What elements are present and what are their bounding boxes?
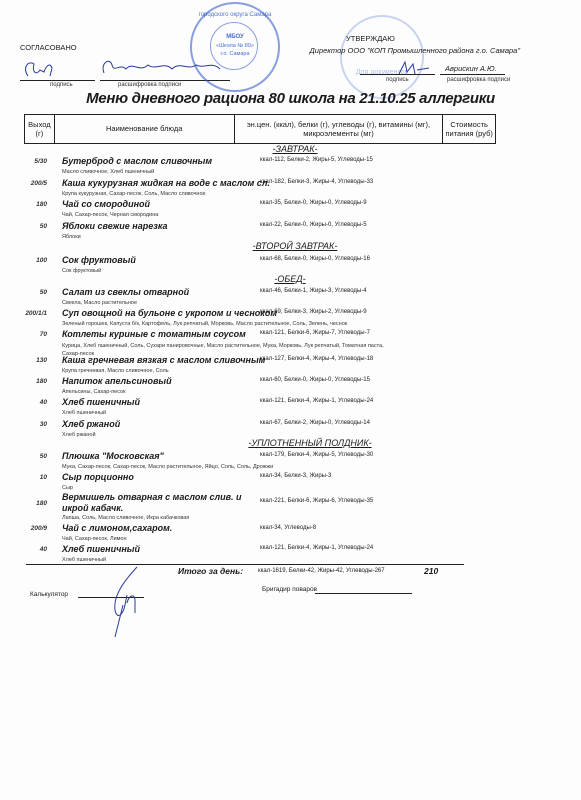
item-name: Чай с лимоном,сахаром. — [62, 523, 172, 533]
table-header: Выход (г) Наименование блюда эн.цен. (кк… — [24, 114, 496, 144]
item-yield: 50 — [0, 223, 47, 230]
item-yield: 10 — [0, 474, 47, 481]
item-nutrition: ккал-121, Белки-6, Жиры-7, Углеводы-7 — [260, 330, 370, 336]
item-nutrition: ккал-46, Белки-1, Жиры-3, Углеводы-4 — [260, 288, 367, 294]
totals-cost: 210 — [424, 566, 438, 576]
item-name: Суп овощной на бульоне с укропом и чесно… — [62, 308, 277, 318]
approved-label: УТВЕРЖДАЮ — [346, 34, 395, 43]
approved-signature-line — [360, 74, 435, 75]
item-yield: 40 — [0, 399, 47, 406]
col-nutrition: эн.цен. (ккал), белки (г), углеводы (г),… — [235, 115, 444, 143]
item-name: Бутерброд с маслом сливочным — [62, 156, 212, 166]
calculator-signature — [105, 565, 145, 640]
item-name: Сыр порционно — [62, 472, 134, 482]
approved-position: Директор ООО "КОП Промышленного района г… — [260, 46, 520, 55]
calculator-label: Калькулятор — [30, 591, 68, 598]
item-nutrition: ккал-35, Белки-0, Жиры-0, Углеводы-9 — [260, 200, 367, 206]
item-yield: 200/5 — [0, 180, 47, 187]
item-yield: 50 — [0, 289, 47, 296]
chef-label: Бригадир поваров — [262, 586, 317, 593]
item-yield: 40 — [0, 546, 47, 553]
item-nutrition: ккал-121, Белки-4, Жиры-1, Углеводы-24 — [260, 398, 373, 404]
item-name: Чай со смородиной — [62, 199, 150, 209]
item-nutrition: ккал-182, Белки-3, Жиры-4, Углеводы-33 — [260, 179, 373, 185]
totals-divider — [26, 564, 464, 565]
item-nutrition: ккал-67, Белки-2, Жиры-0, Углеводы-14 — [260, 420, 370, 426]
item-name: Каша кукурузная жидкая на воде с маслом … — [62, 178, 270, 188]
agreed-signature-caption: подпись — [50, 82, 73, 88]
col-name: Наименование блюда — [55, 115, 235, 143]
approved-decode-caption: расшифровка подписи — [447, 77, 510, 83]
item-name: Яблоки свежие нарезка — [62, 221, 168, 231]
item-nutrition: ккал-69, Белки-3, Жиры-2, Углеводы-9 — [260, 309, 367, 315]
item-yield: 200/1/1 — [0, 310, 47, 317]
item-yield: 180 — [0, 500, 47, 507]
col-yield: Выход (г) — [25, 115, 55, 143]
item-ingredients: Апельсины, Сахар-песок — [62, 389, 126, 395]
section-title-breakfast: -ЗАВТРАК- — [240, 144, 350, 154]
item-yield: 180 — [0, 378, 47, 385]
item-yield: 30 — [0, 421, 47, 428]
section-title-afternoon-snack: -УПЛОТНЕННЫЙ ПОЛДНИК- — [210, 438, 410, 448]
item-ingredients: Хлеб пшеничный — [62, 557, 106, 563]
item-ingredients: Чай, Сахар-песок, Черная смородина — [62, 212, 158, 218]
totals-label: Итого за день: — [178, 566, 243, 576]
item-name: Хлеб пшеничный — [62, 397, 140, 407]
item-nutrition: ккал-34, Белки-3, Жиры-3 — [260, 473, 331, 479]
item-ingredients: Чай, Сахар-песок, Лимон — [62, 536, 127, 542]
item-yield: 180 — [0, 201, 47, 208]
item-ingredients: Крупа гречневая, Масло сливочное, Соль — [62, 368, 169, 374]
col-cost: Стоимость питания (руб) — [443, 115, 495, 143]
item-name: Напиток апельсиновый — [62, 376, 172, 386]
approved-decode-line — [440, 74, 505, 75]
item-yield: 100 — [0, 257, 47, 264]
item-ingredients: Яблоки — [62, 234, 81, 240]
item-nutrition: ккал-221, Белки-6, Жиры-6, Углеводы-35 — [260, 498, 373, 504]
item-nutrition: ккал-22, Белки-0, Жиры-0, Углеводы-5 — [260, 222, 367, 228]
approved-decode-value: Аврискин А.Ю. — [445, 64, 497, 73]
item-ingredients: Мука, Сахар-песок, Сахар-песок, Масло ра… — [62, 464, 273, 470]
item-name: Салат из свеклы отварной — [62, 287, 189, 297]
item-nutrition: ккал-34, Углеводы-8 — [260, 525, 316, 531]
section-title-second-breakfast: -ВТОРОЙ ЗАВТРАК- — [220, 241, 370, 251]
agreed-signature-1 — [20, 58, 80, 80]
item-ingredients: Крупа кукурузная, Сахар-песок, Соль, Мас… — [62, 191, 206, 197]
item-name: Хлеб пшеничный — [62, 544, 140, 554]
item-name: Хлеб ржаной — [62, 419, 120, 429]
item-name: Сок фруктовый — [62, 255, 136, 265]
totals-nutrition: ккал-1619, Белки-42, Жиры-42, Углеводы-2… — [258, 568, 385, 574]
item-ingredients: Зеленый горошек, Капуста б/к, Картофель,… — [62, 321, 347, 327]
item-ingredients: Сыр — [62, 485, 73, 491]
item-name: Каша гречневая вязкая с маслом сливочным — [62, 355, 265, 365]
item-ingredients: Лапша, Соль, Масло сливочное, Икра кабач… — [62, 515, 189, 521]
agreed-decode-caption: расшифровка подписи — [118, 82, 181, 88]
item-ingredients: Хлеб ржаной — [62, 432, 96, 438]
document-stamp: Для документов — [340, 15, 424, 99]
item-ingredients: Сок фруктовый — [62, 268, 101, 274]
item-nutrition: ккал-121, Белки-4, Жиры-1, Углеводы-24 — [260, 545, 373, 551]
agreed-label: СОГЛАСОВАНО — [20, 43, 77, 52]
page-title: Меню дневного рациона 80 школа на 21.10.… — [0, 90, 581, 107]
item-nutrition: ккал-68, Белки-0, Жиры-0, Углеводы-16 — [260, 256, 370, 262]
item-nutrition: ккал-127, Белки-4, Жиры-4, Углеводы-18 — [260, 356, 373, 362]
item-nutrition: ккал-60, Белки-0, Жиры-0, Углеводы-15 — [260, 377, 370, 383]
item-yield: 70 — [0, 331, 47, 338]
item-name: Котлеты куриные с томатным соусом — [62, 329, 246, 339]
chef-signature-line — [315, 593, 412, 594]
item-name: Плюшка "Московская" — [62, 451, 164, 461]
item-nutrition: ккал-112, Белки-2, Жиры-5, Углеводы-15 — [260, 157, 373, 163]
item-ingredients: Масло сливочное, Хлеб пшеничный — [62, 169, 154, 175]
item-yield: 130 — [0, 357, 47, 364]
section-title-lunch: -ОБЕД- — [250, 274, 330, 284]
item-ingredients: Свекла, Масло растительное — [62, 300, 137, 306]
approved-signature-caption: подпись — [386, 77, 409, 83]
item-nutrition: ккал-179, Белки-4, Жиры-5, Углеводы-30 — [260, 452, 373, 458]
item-yield: 200/9 — [0, 525, 47, 532]
item-name: Вермишель отварная с маслом слив. и икро… — [62, 492, 247, 514]
item-yield: 5/30 — [0, 158, 47, 165]
item-ingredients: Хлеб пшеничный — [62, 410, 106, 416]
agreed-signature-line — [20, 80, 95, 81]
item-yield: 50 — [0, 453, 47, 460]
